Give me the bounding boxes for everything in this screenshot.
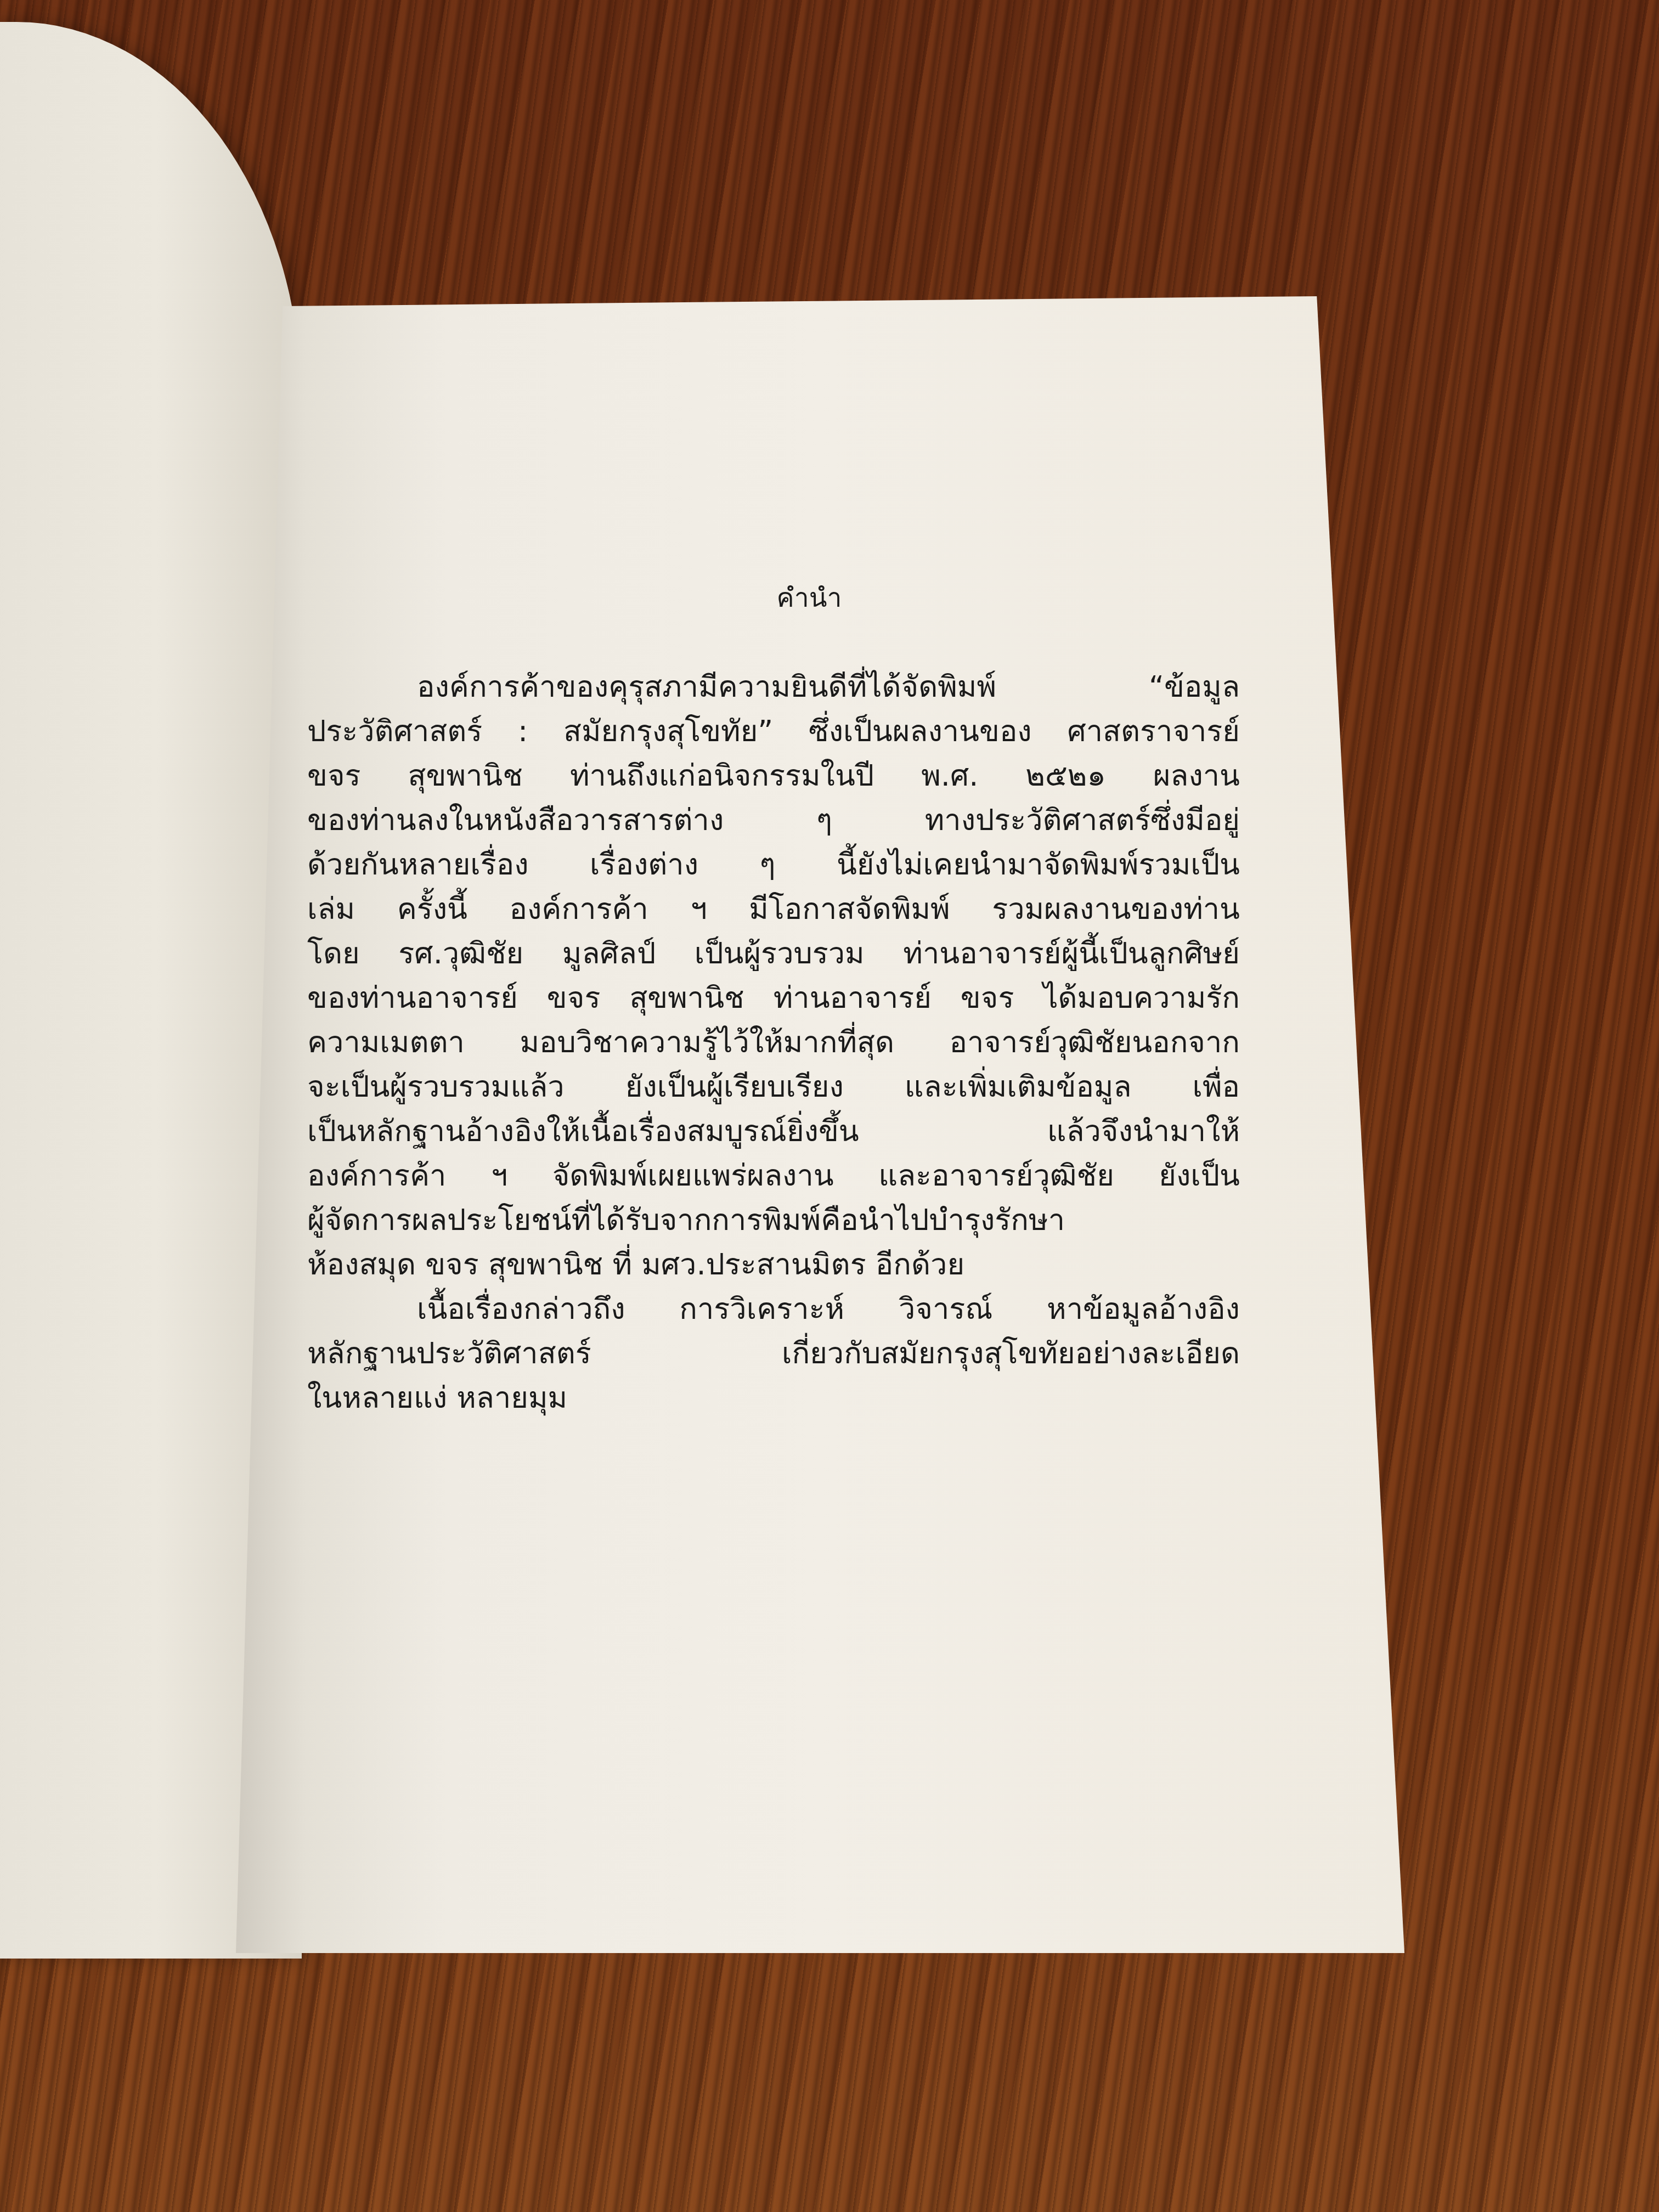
page-title: คำนำ — [307, 576, 1240, 620]
text-line: ผู้จัดการผลประโยชน์ที่ได้รับจากการพิมพ์ค… — [307, 1198, 1240, 1242]
text-line: ของท่านลงในหนังสือวารสารต่าง ๆ ทางประวัต… — [307, 798, 1240, 842]
text-line: เนื้อเรื่องกล่าวถึง การวิเคราะห์ วิจารณ์… — [307, 1286, 1240, 1331]
text-line: ในหลายแง่ หลายมุม — [307, 1375, 1240, 1420]
text-line: เป็นหลักฐานอ้างอิงให้เนื้อเรื่องสมบูรณ์ย… — [307, 1109, 1240, 1153]
text-line: ประวัติศาสตร์ : สมัยกรุงสุโขทัย” ซึ่งเป็… — [307, 709, 1240, 753]
text-line: ห้องสมุด ขจร สุขพานิช ที่ มศว.ประสานมิตร… — [307, 1242, 1240, 1286]
text-line: ขจร สุขพานิช ท่านถึงแก่อนิจกรรมในปี พ.ศ.… — [307, 753, 1240, 798]
text-line: หลักฐานประวัติศาสตร์ เกี่ยวกับสมัยกรุงสุ… — [307, 1331, 1240, 1375]
text-line: โดย รศ.วุฒิชัย มูลศิลป์ เป็นผู้รวบรวม ท่… — [307, 931, 1240, 975]
text-line: ด้วยกันหลายเรื่อง เรื่องต่าง ๆ นี้ยังไม่… — [307, 842, 1240, 887]
text-line: ของท่านอาจารย์ ขจร สุขพานิช ท่านอาจารย์ … — [307, 975, 1240, 1020]
text-line: องค์การค้า ฯ จัดพิมพ์เผยแพร่ผลงาน และอาจ… — [307, 1153, 1240, 1198]
text-line: เล่ม ครั้งนี้ องค์การค้า ฯ มีโอกาสจัดพิม… — [307, 887, 1240, 931]
text-line: จะเป็นผู้รวบรวมแล้ว ยังเป็นผู้เรียบเรียง… — [307, 1064, 1240, 1109]
text-line: ความเมตตา มอบวิชาความรู้ไว้ให้มากที่สุด … — [307, 1020, 1240, 1064]
preface-text: คำนำ องค์การค้าของคุรุสภามีความยินดีที่ไ… — [307, 576, 1240, 1420]
paragraph-1: องค์การค้าของคุรุสภามีความยินดีที่ได้จัด… — [307, 664, 1240, 1286]
text-line: องค์การค้าของคุรุสภามีความยินดีที่ได้จัด… — [307, 664, 1240, 709]
paragraph-2: เนื้อเรื่องกล่าวถึง การวิเคราะห์ วิจารณ์… — [307, 1286, 1240, 1420]
